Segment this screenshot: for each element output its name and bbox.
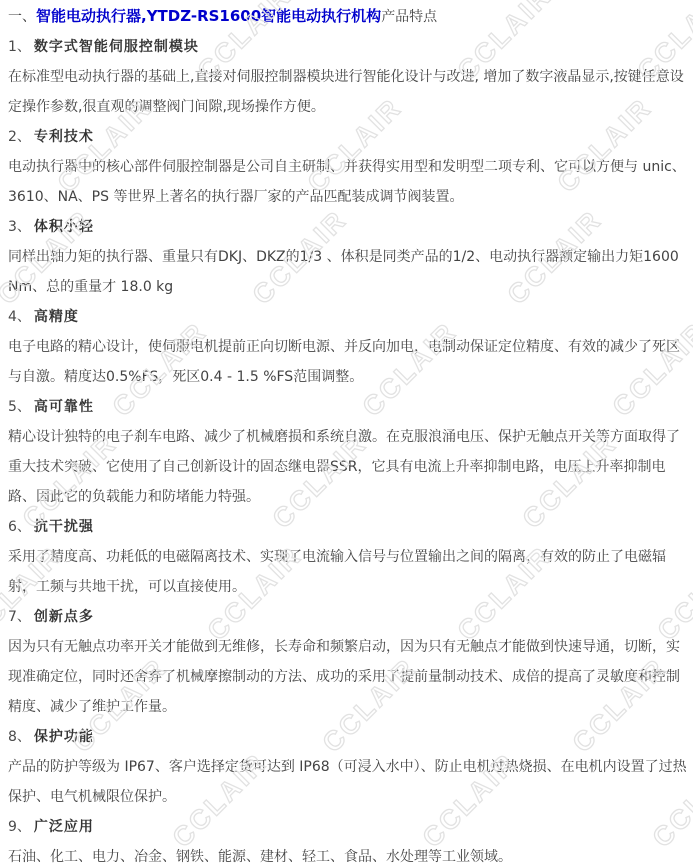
- document-body: 一、智能电动执行器,YTDZ-RS1600智能电动执行机构产品特点 1、数字式智…: [8, 1, 688, 866]
- section-body-text: 电子电路的精心设计，使伺服电机提前正向切断电源、并反向加电，电制动保证定位精度、…: [8, 332, 688, 392]
- section-heading-text: 保护功能: [34, 729, 94, 745]
- section-heading-text: 专利技术: [34, 129, 94, 145]
- section: 9、广泛应用 石油、化工、电力、冶金、钢铁、能源、建材、轻工、食品、水处理等工业…: [8, 812, 688, 866]
- section-heading-text: 高精度: [34, 309, 79, 325]
- section-body-text: 在标准型电动执行器的基础上,直接对伺服控制器模块进行智能化设计与改进, 增加了数…: [8, 62, 688, 122]
- section-heading: 1、数字式智能伺服控制模块: [8, 32, 688, 62]
- section: 4、高精度 电子电路的精心设计，使伺服电机提前正向切断电源、并反向加电，电制动保…: [8, 302, 688, 392]
- section-body-text: 采用了精度高、功耗低的电磁隔离技术、实现了电流输入信号与位置输出之间的隔离，有效…: [8, 542, 688, 602]
- section-body-text: 精心设计独特的电子刹车电路、减少了机械磨损和系统自激。在克服浪涌电压、保护无触点…: [8, 422, 688, 512]
- section-heading-text: 创新点多: [34, 609, 94, 625]
- section: 5、高可靠性 精心设计独特的电子刹车电路、减少了机械磨损和系统自激。在克服浪涌电…: [8, 392, 688, 512]
- section-heading: 5、高可靠性: [8, 392, 688, 422]
- section-number: 9、: [8, 819, 31, 835]
- section-heading-text: 高可靠性: [34, 399, 94, 415]
- section: 8、保护功能 产品的防护等级为 IP67、客户选择定货可达到 IP68（可浸入水…: [8, 722, 688, 812]
- section-heading: 8、保护功能: [8, 722, 688, 752]
- section-heading: 4、高精度: [8, 302, 688, 332]
- section-body-text: 因为只有无触点功率开关才能做到无维修，长寿命和频繁启动，因为只有无触点才能做到快…: [8, 632, 688, 722]
- section: 2、专利技术 电动执行器中的核心部件伺服控制器是公司自主研制、并获得实用型和发明…: [8, 122, 688, 212]
- section-number: 7、: [8, 609, 31, 625]
- section-body-text: 电动执行器中的核心部件伺服控制器是公司自主研制、并获得实用型和发明型二项专利、它…: [8, 152, 688, 212]
- section-heading: 9、广泛应用: [8, 812, 688, 842]
- section-heading-text: 广泛应用: [34, 819, 94, 835]
- section-heading-text: 抗干扰强: [34, 519, 94, 535]
- section: 3、体积小轻 同样出轴力矩的执行器、重量只有DKJ、DKZ的1/3 、体积是同类…: [8, 212, 688, 302]
- section-number: 6、: [8, 519, 31, 535]
- section-number: 4、: [8, 309, 31, 325]
- page-title: 一、智能电动执行器,YTDZ-RS1600智能电动执行机构产品特点: [8, 1, 688, 32]
- section-heading-text: 体积小轻: [34, 219, 94, 235]
- title-prefix: 一、: [8, 9, 36, 25]
- section-heading: 2、专利技术: [8, 122, 688, 152]
- sections-container: 1、数字式智能伺服控制模块 在标准型电动执行器的基础上,直接对伺服控制器模块进行…: [8, 32, 688, 866]
- section-number: 2、: [8, 129, 31, 145]
- section-heading: 3、体积小轻: [8, 212, 688, 242]
- section-body-text: 产品的防护等级为 IP67、客户选择定货可达到 IP68（可浸入水中）、防止电机…: [8, 752, 688, 812]
- section: 1、数字式智能伺服控制模块 在标准型电动执行器的基础上,直接对伺服控制器模块进行…: [8, 32, 688, 122]
- section-body-text: 石油、化工、电力、冶金、钢铁、能源、建材、轻工、食品、水处理等工业领域。: [8, 842, 688, 866]
- section-number: 1、: [8, 39, 31, 55]
- section-number: 5、: [8, 399, 31, 415]
- section-heading-text: 数字式智能伺服控制模块: [34, 39, 199, 55]
- title-keyword-link[interactable]: 智能电动执行器,YTDZ-RS1600智能电动执行机构: [36, 7, 381, 25]
- section: 7、创新点多 因为只有无触点功率开关才能做到无维修，长寿命和频繁启动，因为只有无…: [8, 602, 688, 722]
- section-heading: 6、抗干扰强: [8, 512, 688, 542]
- title-suffix: 产品特点: [381, 9, 437, 25]
- section: 6、抗干扰强 采用了精度高、功耗低的电磁隔离技术、实现了电流输入信号与位置输出之…: [8, 512, 688, 602]
- section-heading: 7、创新点多: [8, 602, 688, 632]
- section-number: 8、: [8, 729, 31, 745]
- section-number: 3、: [8, 219, 31, 235]
- section-body-text: 同样出轴力矩的执行器、重量只有DKJ、DKZ的1/3 、体积是同类产品的1/2、…: [8, 242, 688, 302]
